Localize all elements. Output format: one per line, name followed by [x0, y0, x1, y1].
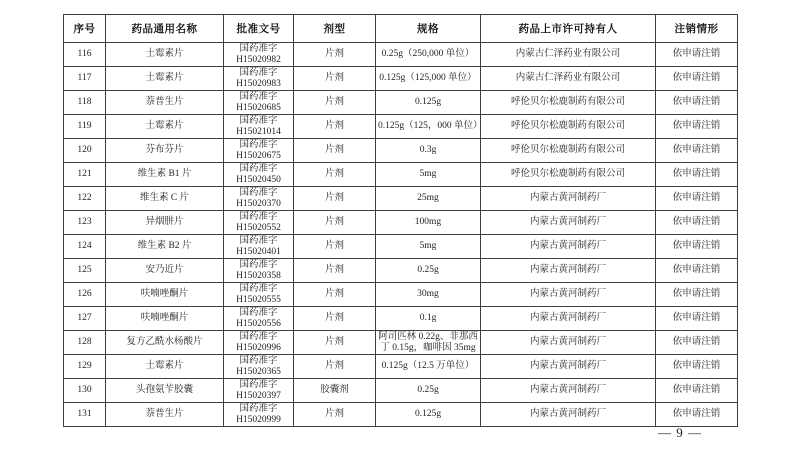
- cell-status: 依申请注销: [656, 139, 738, 163]
- cell-serial-number: 119: [64, 115, 106, 139]
- approval-prefix: 国药准字: [226, 356, 291, 367]
- approval-prefix: 国药准字: [226, 236, 291, 247]
- approval-prefix: 国药准字: [226, 92, 291, 103]
- cell-holder: 呼伦贝尔松鹿制药有限公司: [481, 115, 656, 139]
- cell-status: 依申请注销: [656, 235, 738, 259]
- cell-drug-name: 头孢氨苄胶囊: [106, 379, 224, 403]
- cell-serial-number: 131: [64, 403, 106, 427]
- cell-approval-number: 国药准字H15020450: [224, 163, 294, 187]
- cell-approval-number: 国药准字H15020675: [224, 139, 294, 163]
- cell-dosage-form: 片剂: [294, 163, 376, 187]
- cell-drug-name: 萘普生片: [106, 403, 224, 427]
- table-row: 119土霉素片国药准字H15021014片剂0.125g（125，000 单位）…: [64, 115, 738, 139]
- table-row: 124维生素 B2 片国药准字H15020401片剂5mg内蒙古黄河制药厂依申请…: [64, 235, 738, 259]
- cell-drug-name: 土霉素片: [106, 115, 224, 139]
- cell-holder: 内蒙古黄河制药厂: [481, 235, 656, 259]
- approval-number: H15020365: [226, 367, 291, 378]
- column-header-form: 剂型: [294, 15, 376, 43]
- cell-status: 依申请注销: [656, 283, 738, 307]
- approval-number: H15020556: [226, 319, 291, 330]
- cell-serial-number: 124: [64, 235, 106, 259]
- cell-drug-name: 复方乙酰水杨酸片: [106, 331, 224, 355]
- cell-serial-number: 120: [64, 139, 106, 163]
- cell-specification: 30mg: [376, 283, 481, 307]
- table-row: 118萘普生片国药准字H15020685片剂0.125g呼伦贝尔松鹿制药有限公司…: [64, 91, 738, 115]
- table-row: 116土霉素片国药准字H15020982片剂0.25g（250,000 单位）内…: [64, 43, 738, 67]
- cell-approval-number: 国药准字H15020358: [224, 259, 294, 283]
- approval-prefix: 国药准字: [226, 44, 291, 55]
- cell-holder: 内蒙古黄河制药厂: [481, 283, 656, 307]
- cell-drug-name: 呋喃唑酮片: [106, 283, 224, 307]
- cell-holder: 内蒙古黄河制药厂: [481, 355, 656, 379]
- cell-dosage-form: 片剂: [294, 91, 376, 115]
- cell-drug-name: 呋喃唑酮片: [106, 307, 224, 331]
- table-row: 120芬布芬片国药准字H15020675片剂0.3g呼伦贝尔松鹿制药有限公司依申…: [64, 139, 738, 163]
- approval-number: H15020996: [226, 343, 291, 354]
- table-row: 125安乃近片国药准字H15020358片剂0.25g内蒙古黄河制药厂依申请注销: [64, 259, 738, 283]
- cell-approval-number: 国药准字H15020982: [224, 43, 294, 67]
- page-number: — 9 —: [638, 425, 722, 441]
- approval-prefix: 国药准字: [226, 116, 291, 127]
- cell-specification: 100mg: [376, 211, 481, 235]
- cell-dosage-form: 片剂: [294, 67, 376, 91]
- column-header-status: 注销情形: [656, 15, 738, 43]
- cell-dosage-form: 片剂: [294, 283, 376, 307]
- cell-status: 依申请注销: [656, 115, 738, 139]
- approval-prefix: 国药准字: [226, 212, 291, 223]
- table-row: 126呋喃唑酮片国药准字H15020555片剂30mg内蒙古黄河制药厂依申请注销: [64, 283, 738, 307]
- cell-approval-number: 国药准字H15020999: [224, 403, 294, 427]
- cell-holder: 呼伦贝尔松鹿制药有限公司: [481, 163, 656, 187]
- cell-specification: 0.25g（250,000 单位）: [376, 43, 481, 67]
- table-row: 123异烟肼片国药准字H15020552片剂100mg内蒙古黄河制药厂依申请注销: [64, 211, 738, 235]
- cell-dosage-form: 片剂: [294, 403, 376, 427]
- column-header-no: 序号: [64, 15, 106, 43]
- table-row: 130头孢氨苄胶囊国药准字H15020397胶囊剂0.25g内蒙古黄河制药厂依申…: [64, 379, 738, 403]
- cell-holder: 内蒙古黄河制药厂: [481, 331, 656, 355]
- cell-serial-number: 129: [64, 355, 106, 379]
- approval-number: H15020555: [226, 295, 291, 306]
- cell-serial-number: 125: [64, 259, 106, 283]
- cell-holder: 内蒙古黄河制药厂: [481, 211, 656, 235]
- cell-drug-name: 土霉素片: [106, 43, 224, 67]
- approval-prefix: 国药准字: [226, 284, 291, 295]
- table-row: 127呋喃唑酮片国药准字H15020556片剂0.1g内蒙古黄河制药厂依申请注销: [64, 307, 738, 331]
- cell-approval-number: 国药准字H15020365: [224, 355, 294, 379]
- cell-dosage-form: 片剂: [294, 139, 376, 163]
- cell-specification: 0.25g: [376, 379, 481, 403]
- cell-holder: 内蒙古黄河制药厂: [481, 307, 656, 331]
- cell-status: 依申请注销: [656, 259, 738, 283]
- cell-drug-name: 萘普生片: [106, 91, 224, 115]
- approval-prefix: 国药准字: [226, 308, 291, 319]
- cell-drug-name: 维生素 B1 片: [106, 163, 224, 187]
- cell-serial-number: 127: [64, 307, 106, 331]
- cell-holder: 内蒙古黄河制药厂: [481, 403, 656, 427]
- cell-drug-name: 维生素 B2 片: [106, 235, 224, 259]
- cell-specification: 5mg: [376, 163, 481, 187]
- table-row: 121维生素 B1 片国药准字H15020450片剂5mg呼伦贝尔松鹿制药有限公…: [64, 163, 738, 187]
- approval-prefix: 国药准字: [226, 260, 291, 271]
- approval-prefix: 国药准字: [226, 164, 291, 175]
- cell-dosage-form: 片剂: [294, 259, 376, 283]
- cell-approval-number: 国药准字H15021014: [224, 115, 294, 139]
- approval-number: H15020358: [226, 271, 291, 282]
- cell-status: 依申请注销: [656, 403, 738, 427]
- table-body: 116土霉素片国药准字H15020982片剂0.25g（250,000 单位）内…: [64, 43, 738, 427]
- drug-registry-table: 序号药品通用名称批准文号剂型规格药品上市许可持有人注销情形 116土霉素片国药准…: [63, 14, 738, 427]
- cell-status: 依申请注销: [656, 379, 738, 403]
- table-header-row: 序号药品通用名称批准文号剂型规格药品上市许可持有人注销情形: [64, 15, 738, 43]
- approval-number: H15020397: [226, 391, 291, 402]
- cell-dosage-form: 片剂: [294, 307, 376, 331]
- cell-holder: 呼伦贝尔松鹿制药有限公司: [481, 91, 656, 115]
- cell-drug-name: 安乃近片: [106, 259, 224, 283]
- cell-status: 依申请注销: [656, 91, 738, 115]
- column-header-holder: 药品上市许可持有人: [481, 15, 656, 43]
- cell-drug-name: 异烟肼片: [106, 211, 224, 235]
- approval-number: H15020685: [226, 103, 291, 114]
- cell-status: 依申请注销: [656, 187, 738, 211]
- cell-approval-number: 国药准字H15020555: [224, 283, 294, 307]
- cell-serial-number: 130: [64, 379, 106, 403]
- cell-dosage-form: 片剂: [294, 187, 376, 211]
- approval-number: H15020552: [226, 223, 291, 234]
- table-row: 128复方乙酰水杨酸片国药准字H15020996片剂阿司匹林 0.22g、非那西…: [64, 331, 738, 355]
- approval-number: H15020982: [226, 55, 291, 66]
- cell-serial-number: 126: [64, 283, 106, 307]
- cell-holder: 内蒙古仁泽药业有限公司: [481, 43, 656, 67]
- cell-approval-number: 国药准字H15020370: [224, 187, 294, 211]
- approval-prefix: 国药准字: [226, 140, 291, 151]
- cell-holder: 内蒙古仁泽药业有限公司: [481, 67, 656, 91]
- cell-serial-number: 123: [64, 211, 106, 235]
- cell-serial-number: 116: [64, 43, 106, 67]
- cell-dosage-form: 片剂: [294, 211, 376, 235]
- cell-dosage-form: 片剂: [294, 115, 376, 139]
- cell-specification: 0.1g: [376, 307, 481, 331]
- approval-number: H15020999: [226, 415, 291, 426]
- cell-approval-number: 国药准字H15020401: [224, 235, 294, 259]
- cell-holder: 内蒙古黄河制药厂: [481, 379, 656, 403]
- cell-approval-number: 国药准字H15020983: [224, 67, 294, 91]
- cell-specification: 0.125g（125，000 单位）: [376, 115, 481, 139]
- approval-prefix: 国药准字: [226, 380, 291, 391]
- approval-prefix: 国药准字: [226, 404, 291, 415]
- cell-dosage-form: 胶囊剂: [294, 379, 376, 403]
- cell-specification: 阿司匹林 0.22g、非那西丁 0.15g，咖啡因 35mg: [376, 331, 481, 355]
- cell-drug-name: 土霉素片: [106, 355, 224, 379]
- column-header-spec: 规格: [376, 15, 481, 43]
- cell-approval-number: 国药准字H15020552: [224, 211, 294, 235]
- cell-status: 依申请注销: [656, 307, 738, 331]
- cell-drug-name: 土霉素片: [106, 67, 224, 91]
- cell-holder: 内蒙古黄河制药厂: [481, 187, 656, 211]
- approval-number: H15020450: [226, 175, 291, 186]
- cell-dosage-form: 片剂: [294, 331, 376, 355]
- cell-specification: 0.125g（125,000 单位）: [376, 67, 481, 91]
- table-row: 129土霉素片国药准字H15020365片剂0.125g（12.5 万单位）内蒙…: [64, 355, 738, 379]
- cell-specification: 25mg: [376, 187, 481, 211]
- cell-serial-number: 122: [64, 187, 106, 211]
- cell-status: 依申请注销: [656, 67, 738, 91]
- cell-specification: 0.3g: [376, 139, 481, 163]
- approval-number: H15020675: [226, 151, 291, 162]
- approval-prefix: 国药准字: [226, 188, 291, 199]
- cell-serial-number: 117: [64, 67, 106, 91]
- cell-approval-number: 国药准字H15020685: [224, 91, 294, 115]
- cell-dosage-form: 片剂: [294, 235, 376, 259]
- cell-serial-number: 128: [64, 331, 106, 355]
- cell-status: 依申请注销: [656, 211, 738, 235]
- cell-holder: 内蒙古黄河制药厂: [481, 259, 656, 283]
- cell-serial-number: 121: [64, 163, 106, 187]
- cell-dosage-form: 片剂: [294, 43, 376, 67]
- cell-drug-name: 芬布芬片: [106, 139, 224, 163]
- document-page: 序号药品通用名称批准文号剂型规格药品上市许可持有人注销情形 116土霉素片国药准…: [0, 0, 800, 449]
- column-header-name: 药品通用名称: [106, 15, 224, 43]
- cell-holder: 呼伦贝尔松鹿制药有限公司: [481, 139, 656, 163]
- table-row: 131萘普生片国药准字H15020999片剂0.125g内蒙古黄河制药厂依申请注…: [64, 403, 738, 427]
- cell-drug-name: 维生素 C 片: [106, 187, 224, 211]
- approval-prefix: 国药准字: [226, 332, 291, 343]
- cell-approval-number: 国药准字H15020556: [224, 307, 294, 331]
- cell-status: 依申请注销: [656, 163, 738, 187]
- cell-specification: 5mg: [376, 235, 481, 259]
- approval-number: H15021014: [226, 127, 291, 138]
- approval-number: H15020983: [226, 79, 291, 90]
- cell-status: 依申请注销: [656, 43, 738, 67]
- cell-serial-number: 118: [64, 91, 106, 115]
- cell-specification: 0.125g: [376, 403, 481, 427]
- cell-specification: 0.125g: [376, 91, 481, 115]
- cell-specification: 0.125g（12.5 万单位）: [376, 355, 481, 379]
- approval-number: H15020401: [226, 247, 291, 258]
- approval-number: H15020370: [226, 199, 291, 210]
- column-header-approval: 批准文号: [224, 15, 294, 43]
- cell-dosage-form: 片剂: [294, 355, 376, 379]
- table-row: 122维生素 C 片国药准字H15020370片剂25mg内蒙古黄河制药厂依申请…: [64, 187, 738, 211]
- cell-approval-number: 国药准字H15020397: [224, 379, 294, 403]
- cell-approval-number: 国药准字H15020996: [224, 331, 294, 355]
- approval-prefix: 国药准字: [226, 68, 291, 79]
- cell-specification: 0.25g: [376, 259, 481, 283]
- cell-status: 依申请注销: [656, 355, 738, 379]
- cell-status: 依申请注销: [656, 331, 738, 355]
- table-row: 117土霉素片国药准字H15020983片剂0.125g（125,000 单位）…: [64, 67, 738, 91]
